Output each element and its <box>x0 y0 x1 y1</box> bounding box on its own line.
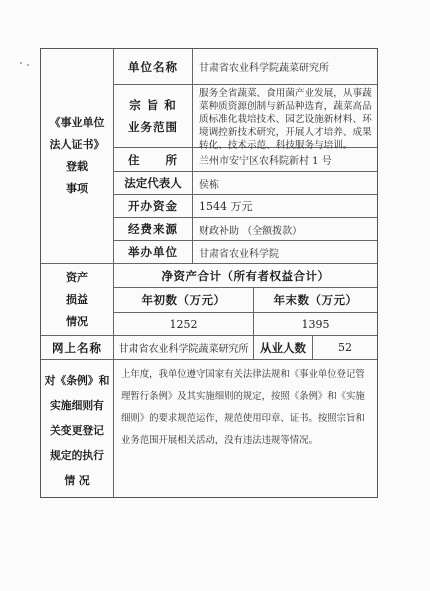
online-name-value: 甘肃省农业科学院蔬菜研究所 <box>114 336 254 360</box>
legal-rep-label: 法定代表人 <box>114 172 193 195</box>
legal-rep-value: 侯栋 <box>193 172 377 195</box>
address-value: 兰州市安宁区农科院新村 1 号 <box>193 148 377 172</box>
unit-name-value: 甘肃省农业科学院蔬菜研究所 <box>193 49 377 85</box>
start-of-year-header: 年初数（万元） <box>114 288 254 313</box>
staff-count-label: 从业人数 <box>254 336 313 360</box>
assets-section-label: 资产 损益 情况 <box>41 264 114 336</box>
net-assets-header: 净资产合计（所有者权益合计） <box>114 264 377 288</box>
funding-source-value: 财政补助 （全额拨款） <box>193 218 377 241</box>
compliance-text: 上年度，我单位遵守国家有关法律法规和《事业单位登记管理暂行条例》及其实施细则的规… <box>114 360 377 497</box>
purpose-scope-label: 宗 旨 和 业务范围 <box>114 85 193 148</box>
purpose-scope-value: 服务全省蔬菜、食用菌产业发展，从事蔬菜种质资源创制与新品种选育，蔬菜高品质标准化… <box>193 85 377 148</box>
label-line: 规定的执行 <box>50 443 104 468</box>
label-line: 《事业单位 <box>50 112 105 134</box>
scan-speck <box>27 64 29 66</box>
capital-label: 开办资金 <box>114 195 193 218</box>
label-line: 事项 <box>66 178 88 200</box>
label-line: 情 况 <box>64 468 89 493</box>
label-line: 宗 旨 和 <box>129 94 177 116</box>
end-of-year-value: 1395 <box>254 313 377 336</box>
label-line: 资产 <box>66 267 88 289</box>
unit-name-label: 单位名称 <box>114 49 193 85</box>
label-line: 对《条例》和 <box>45 368 110 393</box>
address-label: 住 所 <box>114 148 193 172</box>
capital-value: 1544 万元 <box>193 195 377 218</box>
label-line: 情况 <box>66 311 88 333</box>
label-line: 登载 <box>66 156 88 178</box>
label-line: 关变更登记 <box>50 418 104 443</box>
staff-count-value: 52 <box>313 336 377 360</box>
label-line: 损益 <box>66 289 88 311</box>
registration-section-label: 《事业单位 法人证书》 登载 事项 <box>41 49 114 264</box>
label-line: 法人证书》 <box>50 134 105 156</box>
start-of-year-value: 1252 <box>114 313 254 336</box>
annual-report-table: 《事业单位 法人证书》 登载 事项 单位名称 甘肃省农业科学院蔬菜研究所 宗 旨… <box>40 48 378 498</box>
compliance-section-label: 对《条例》和 实施细则有 关变更登记 规定的执行 情 况 <box>41 360 114 497</box>
sponsor-value: 甘肃省农业科学院 <box>193 241 377 264</box>
funding-source-label: 经费来源 <box>114 218 193 241</box>
label-line: 业务范围 <box>128 116 178 138</box>
sponsor-label: 举办单位 <box>114 241 193 264</box>
label-line: 实施细则有 <box>50 393 104 418</box>
online-name-label: 网上名称 <box>41 336 114 360</box>
end-of-year-header: 年末数（万元） <box>254 288 377 313</box>
scan-speck <box>20 62 22 64</box>
